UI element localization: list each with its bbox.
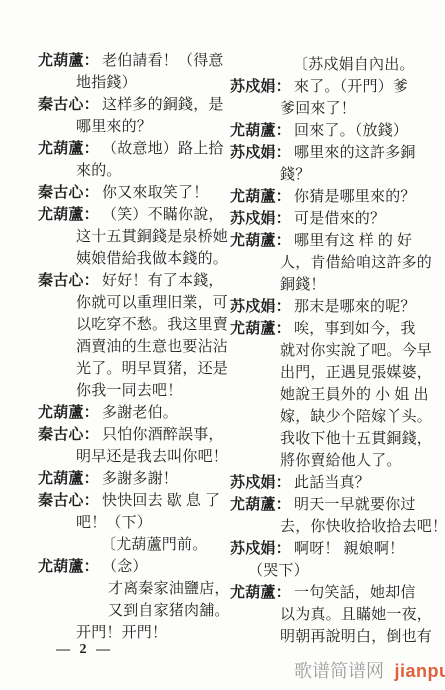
line-text: 你又來取笑了！	[102, 185, 208, 201]
line-text: 將你賣給他人了。	[280, 453, 402, 469]
script-line: 秦古心：好好！有了本錢，	[38, 270, 238, 292]
line-text: 銅錢！	[280, 277, 326, 293]
watermark-site-name: 歌谱简谱网	[294, 661, 384, 681]
speaker-name: 秦古心：	[38, 182, 102, 204]
speaker-name: 尤葫蘆：	[38, 204, 102, 226]
script-line: 酒賣油的生意也要沾沾	[38, 336, 238, 358]
line-text: 她說王員外的 小 姐 出	[280, 387, 429, 403]
script-line: 吧！（下）	[38, 512, 238, 534]
script-line: 你我一同去吧！	[38, 380, 238, 402]
speaker-name: 苏戍娟：	[230, 472, 294, 494]
line-text: 來了。（开門）爹	[294, 79, 408, 95]
line-text: 多謝多謝！	[102, 471, 178, 487]
line-text: 老伯請看！（得意	[102, 53, 224, 69]
script-line: 〔尤葫蘆門前。	[38, 534, 238, 556]
line-text: 你就可以重理旧業，可	[76, 295, 228, 311]
speaker-name: 尤葫蘆：	[230, 494, 294, 516]
script-column-left: 尤葫蘆：老伯請看！（得意地指錢）秦古心：这样多的銅錢，是哪里來的？尤葫蘆：（故意…	[38, 50, 238, 644]
line-text: 〔苏戍娟自內出。	[293, 57, 415, 73]
line-text: 多謝老伯。	[102, 405, 178, 421]
script-line: 姨娘借給我做本錢的。	[38, 248, 238, 270]
script-line: 尤葫蘆：哪里有这 样 的 好	[230, 230, 445, 252]
script-line: 以为真。且瞞她一夜，	[230, 604, 445, 626]
script-line: 苏戍娟：啊呀！ 親娘啊！	[230, 538, 445, 560]
line-text: 快快回去 歇 息 了	[102, 493, 220, 509]
script-line: 秦古心：你又來取笑了！	[38, 182, 238, 204]
line-text: 你猜是哪里來的？	[294, 189, 416, 205]
speaker-name: 尤葫蘆：	[38, 50, 102, 72]
script-line: 以吃穿不愁。我这里賣	[38, 314, 238, 336]
speaker-name: 秦古心：	[38, 94, 102, 116]
line-text: 錢？	[280, 167, 310, 183]
script-line: 苏戍娟：來了。（开門）爹	[230, 76, 445, 98]
script-line: 开門！开門！	[38, 622, 238, 644]
line-text: 哪里來的？	[76, 119, 152, 135]
line-text: 这十五貫銅錢是泉桥她	[76, 229, 228, 245]
script-line: 秦古心：只怕你酒醉誤事，	[38, 424, 238, 446]
speaker-name: 尤葫蘆：	[230, 230, 294, 252]
line-text: 哪里有这 样 的 好	[294, 233, 412, 249]
line-text: 姨娘借給我做本錢的。	[76, 251, 228, 267]
line-text: 吧！（下）	[76, 515, 152, 531]
line-text: 啊呀！ 親娘啊！	[294, 541, 404, 557]
script-line: 地指錢）	[38, 72, 238, 94]
line-text: （故意地）路上拾	[102, 141, 224, 157]
script-line: 苏戍娟：此話当真？	[230, 472, 445, 494]
line-text: 我收下他十五貫銅錢，	[280, 431, 432, 447]
script-line: 我收下他十五貫銅錢，	[230, 428, 445, 450]
script-line: 尤葫蘆：你猜是哪里來的？	[230, 186, 445, 208]
line-text: 〔尤葫蘆門前。	[101, 537, 207, 553]
script-line: （哭下）	[230, 560, 445, 582]
line-text: 那末是哪來的呢？	[294, 299, 416, 315]
script-line: 才离秦家油鹽店，	[38, 578, 238, 600]
script-line: 明早还是我去叫你吧！	[38, 446, 238, 468]
speaker-name: 苏戍娟：	[230, 538, 294, 560]
line-text: 只怕你酒醉誤事，	[102, 427, 224, 443]
line-text: 就对你实說了吧。今早	[280, 343, 432, 359]
scanned-script-page: 尤葫蘆：老伯請看！（得意地指錢）秦古心：这样多的銅錢，是哪里來的？尤葫蘆：（故意…	[0, 0, 445, 690]
line-text: 一句笑話，她却信	[294, 585, 416, 601]
line-text: 这样多的銅錢，是	[102, 97, 224, 113]
script-line: 就对你实說了吧。今早	[230, 340, 445, 362]
line-text: 以为真。且瞞她一夜，	[280, 607, 432, 623]
line-text: （笑）不瞞你說，	[102, 207, 224, 223]
line-text: 此話当真？	[294, 475, 370, 491]
script-column-right: 〔苏戍娟自內出。苏戍娟：來了。（开門）爹爹回來了！尤葫蘆：回來了。（放錢）苏戍娟…	[230, 54, 445, 648]
script-line: 尤葫蘆：多謝老伯。	[38, 402, 238, 424]
line-text: 光了。明早買猪，还是	[76, 361, 228, 377]
line-text: 又到自家猪肉舖。	[108, 603, 230, 619]
line-text: 爹回來了！	[280, 101, 356, 117]
speaker-name: 苏戍娟：	[230, 208, 294, 230]
script-line: 人，肯借給咱这許多的	[230, 252, 445, 274]
line-text: 明朝再說明白，倒也有	[280, 629, 432, 645]
script-line: 尤葫蘆：（念）	[38, 556, 238, 578]
script-line: 苏戍娟：那末是哪來的呢？	[230, 296, 445, 318]
speaker-name: 苏戍娟：	[230, 142, 294, 164]
script-line: 嫁，缺少个陪嫁丫头。	[230, 406, 445, 428]
watermark: 歌谱简谱网 jianpu.cn	[294, 657, 445, 683]
line-text: 哪里來的这許多銅	[294, 145, 416, 161]
script-line: 尤葫蘆：（笑）不瞞你說，	[38, 204, 238, 226]
script-line: 去，你快收拾收拾去吧！	[230, 516, 445, 538]
speaker-name: 尤葫蘆：	[230, 186, 294, 208]
line-text: 出門，正遇見張媒婆，	[280, 365, 432, 381]
speaker-name: 秦古心：	[38, 490, 102, 512]
script-line: 尤葫蘆：回來了。（放錢）	[230, 120, 445, 142]
script-line: 哪里來的？	[38, 116, 238, 138]
script-line: 尤葫蘆：老伯請看！（得意	[38, 50, 238, 72]
line-text: 好好！有了本錢，	[102, 273, 224, 289]
script-line: 苏戍娟：可是借來的？	[230, 208, 445, 230]
script-line: 爹回來了！	[230, 98, 445, 120]
script-line: 光了。明早買猪，还是	[38, 358, 238, 380]
line-text: 你我一同去吧！	[76, 383, 182, 399]
script-line: 秦古心：这样多的銅錢，是	[38, 94, 238, 116]
line-text: 回來了。（放錢）	[294, 123, 408, 139]
script-line: 來的。	[38, 160, 238, 182]
line-text: 嫁，缺少个陪嫁丫头。	[280, 409, 432, 425]
speaker-name: 尤葫蘆：	[38, 402, 102, 424]
script-line: 出門，正遇見張媒婆，	[230, 362, 445, 384]
speaker-name: 苏戍娟：	[230, 296, 294, 318]
line-text: 人，肯借給咱这許多的	[280, 255, 432, 271]
script-line: 尤葫蘆：一句笑話，她却信	[230, 582, 445, 604]
line-text: 唉，事到如今，我	[294, 321, 416, 337]
script-line: 明朝再說明白，倒也有	[230, 626, 445, 648]
speaker-name: 尤葫蘆：	[38, 138, 102, 160]
script-line: 尤葫蘆：唉，事到如今，我	[230, 318, 445, 340]
line-text: 明早还是我去叫你吧！	[76, 449, 228, 465]
line-text: 可是借來的？	[294, 211, 385, 227]
line-text: 明天一早就要你过	[294, 497, 416, 513]
script-line: 她說王員外的 小 姐 出	[230, 384, 445, 406]
script-line: 錢？	[230, 164, 445, 186]
page-number: — 2 —	[56, 642, 113, 658]
script-line: 又到自家猪肉舖。	[38, 600, 238, 622]
script-line: 銅錢！	[230, 274, 445, 296]
speaker-name: 尤葫蘆：	[38, 468, 102, 490]
line-text: 才离秦家油鹽店，	[108, 581, 230, 597]
script-line: 〔苏戍娟自內出。	[230, 54, 445, 76]
script-line: 苏戍娟：哪里來的这許多銅	[230, 142, 445, 164]
speaker-name: 秦古心：	[38, 424, 102, 446]
speaker-name: 尤葫蘆：	[230, 582, 294, 604]
speaker-name: 尤葫蘆：	[38, 556, 102, 578]
line-text: 來的。	[76, 163, 122, 179]
line-text: 去，你快收拾收拾去吧！	[280, 519, 445, 535]
speaker-name: 尤葫蘆：	[230, 318, 294, 340]
line-text: 以吃穿不愁。我这里賣	[76, 317, 228, 333]
line-text: 开門！开門！	[76, 625, 167, 641]
speaker-name: 苏戍娟：	[230, 76, 294, 98]
script-line: 秦古心：快快回去 歇 息 了	[38, 490, 238, 512]
line-text: 酒賣油的生意也要沾沾	[76, 339, 228, 355]
line-text: 地指錢）	[76, 75, 137, 91]
speaker-name: 尤葫蘆：	[230, 120, 294, 142]
script-line: 你就可以重理旧業，可	[38, 292, 238, 314]
watermark-site-url: jianpu.cn	[395, 661, 445, 681]
script-line: 尤葫蘆：多謝多謝！	[38, 468, 238, 490]
script-line: 这十五貫銅錢是泉桥她	[38, 226, 238, 248]
speaker-name: 秦古心：	[38, 270, 102, 292]
script-line: 將你賣給他人了。	[230, 450, 445, 472]
script-line: 尤葫蘆：（故意地）路上拾	[38, 138, 238, 160]
script-line: 尤葫蘆：明天一早就要你过	[230, 494, 445, 516]
line-text: （哭下）	[248, 563, 309, 579]
line-text: （念）	[102, 559, 148, 575]
